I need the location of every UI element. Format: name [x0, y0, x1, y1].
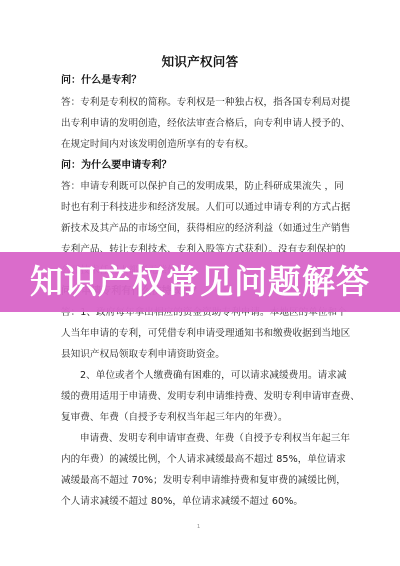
answer-text-line: 在规定时间内对该发明创造所享有的专有权。: [61, 138, 346, 151]
answer-text-line: 缓的费用适用于申请费、发明专利申请维持费、发明专利申请审查费、: [61, 390, 346, 403]
answer-text-line: 减缓最高不超过 70%；发明专利申请维持费和复审费的减缓比例，: [61, 474, 346, 487]
question-heading: 问：为什么要申请专利？: [61, 159, 346, 172]
banner-title: 知识产权常见问题解答: [0, 255, 400, 309]
answer-text-line: 新技术及其产品的市场空间，获得相应的经济利益（如通过生产销售: [61, 222, 346, 235]
answer-text-line: 2、单位或者个人缴费确有困难的，可以请求减缓费用。请求减: [80, 369, 346, 382]
question-heading: 问：什么是专利？: [61, 74, 346, 87]
answer-text-line: 县知识产权局领取专利申请资助资金。: [61, 348, 346, 361]
answer-text-line: 人当年申请的专利，可凭借专利申请受理通知书和缴费收据到当地区: [61, 327, 346, 340]
answer-text-line: 答：申请专利既可以保护自己的发明成果，防止科研成果流失 ，同: [61, 180, 346, 193]
page-number: 1: [197, 524, 200, 530]
answer-text-line: 个人请求减缓不超过 80%，单位请求减缓不超过 60%。: [61, 495, 346, 508]
answer-text-line: 答：专利是专利权的简称。专利权是一种独占权，指各国专利局对提: [61, 96, 346, 109]
answer-text-line: 内的年费）的减缓比例，个人请求减缓最高不超过 85%，单位请求: [61, 453, 346, 466]
answer-text-line: 申请费、发明专利申请审查费、年费（自授予专利权当年起三年: [80, 432, 346, 445]
answer-text-line: 出专利申请的发明创造，经依法审查合格后，向专利申请人授予的、: [61, 117, 346, 130]
answer-text-line: 时也有利于科技进步和经济发展。人们可以通过申请专利的方式占据: [61, 201, 346, 214]
answer-text-line: 复审费、年费（自授予专利权当年起三年内的年费）。: [61, 411, 346, 424]
document-title: 知识产权问答: [0, 52, 400, 70]
